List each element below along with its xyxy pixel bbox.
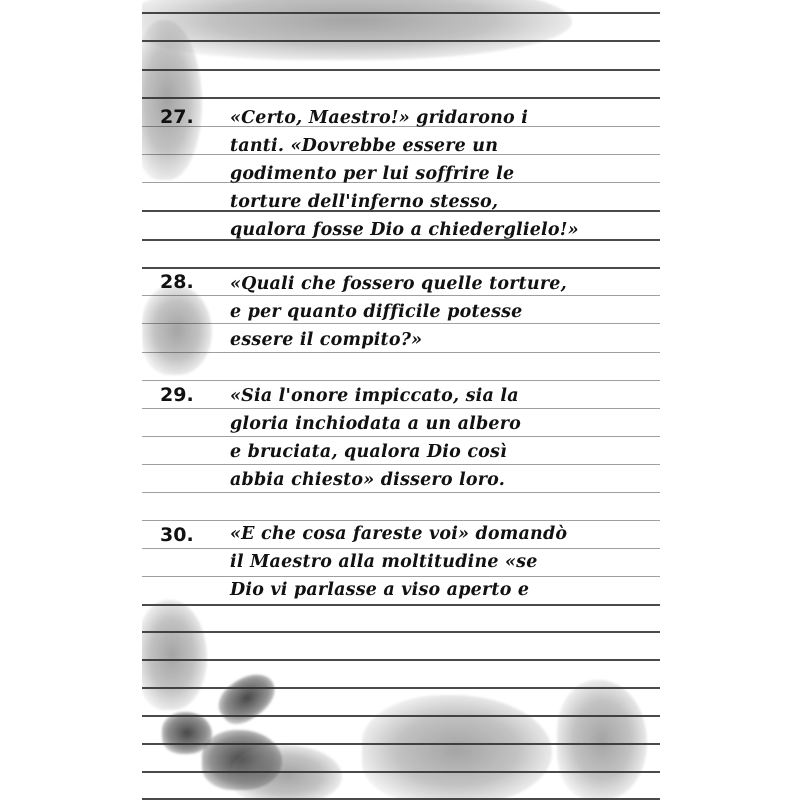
ruled-line (142, 492, 660, 493)
ruled-line (142, 771, 660, 773)
ink-smudge-bottom-left (142, 600, 207, 710)
verse-line: qualora fosse Dio a chiederglielo!» (230, 220, 579, 240)
ink-smudge-bottom-right (557, 680, 647, 800)
ruled-line (142, 631, 660, 633)
ruled-line (142, 40, 660, 42)
verse-line: «Certo, Maestro!» gridarono i (230, 108, 528, 128)
verse-number: 29. (160, 384, 194, 406)
ruled-line (142, 380, 660, 381)
verse-line: Dio vi parlasse a viso aperto e (230, 580, 529, 600)
verse-line: «E che cosa fareste voi» domandò (230, 524, 567, 544)
ruled-line (142, 576, 660, 577)
verse-line: e per quanto difficile potesse (230, 302, 523, 322)
ruled-line (142, 12, 660, 14)
verse-line: essere il compito?» (230, 330, 422, 350)
ink-smudge-bottom-center (362, 695, 552, 800)
ruled-line (142, 408, 660, 409)
verse-line: tanti. «Dovrebbe essere un (230, 136, 498, 156)
ruled-line (142, 464, 660, 465)
ruled-line (142, 659, 660, 661)
ruled-line (142, 520, 660, 521)
ruled-line (142, 97, 660, 99)
verse-number: 28. (160, 271, 194, 293)
verse-line: e bruciata, qualora Dio così (230, 442, 507, 462)
ruled-line (142, 352, 660, 353)
ruled-line (142, 687, 660, 689)
ruled-line (142, 323, 660, 324)
ruled-line (142, 743, 660, 745)
ruled-line (142, 436, 660, 437)
verse-line: abbia chiesto» dissero loro. (230, 470, 505, 490)
ink-smudge-left-28 (142, 285, 212, 375)
verse-line: il Maestro alla moltitudine «se (230, 552, 538, 572)
ruled-line (142, 548, 660, 549)
fingerprint-smudge-3 (211, 664, 283, 731)
verse-line: godimento per lui soffrire le (230, 164, 514, 184)
ruled-line (142, 295, 660, 296)
verse-line: gloria inchiodata a un albero (230, 414, 521, 434)
verse-line: torture dell'inferno stesso, (230, 192, 498, 212)
ruled-line (142, 267, 660, 269)
ruled-line (142, 69, 660, 71)
verse-line: «Sia l'onore impiccato, sia la (230, 386, 519, 406)
verse-line: «Quali che fossero quelle torture, (230, 274, 567, 294)
verse-number: 30. (160, 524, 194, 546)
ruled-line (142, 604, 660, 606)
verse-number: 27. (160, 106, 194, 128)
ruled-line (142, 715, 660, 717)
notebook-page: 27. «Certo, Maestro!» gridarono i tanti.… (142, 0, 660, 800)
ink-smudge-top (142, 0, 572, 60)
